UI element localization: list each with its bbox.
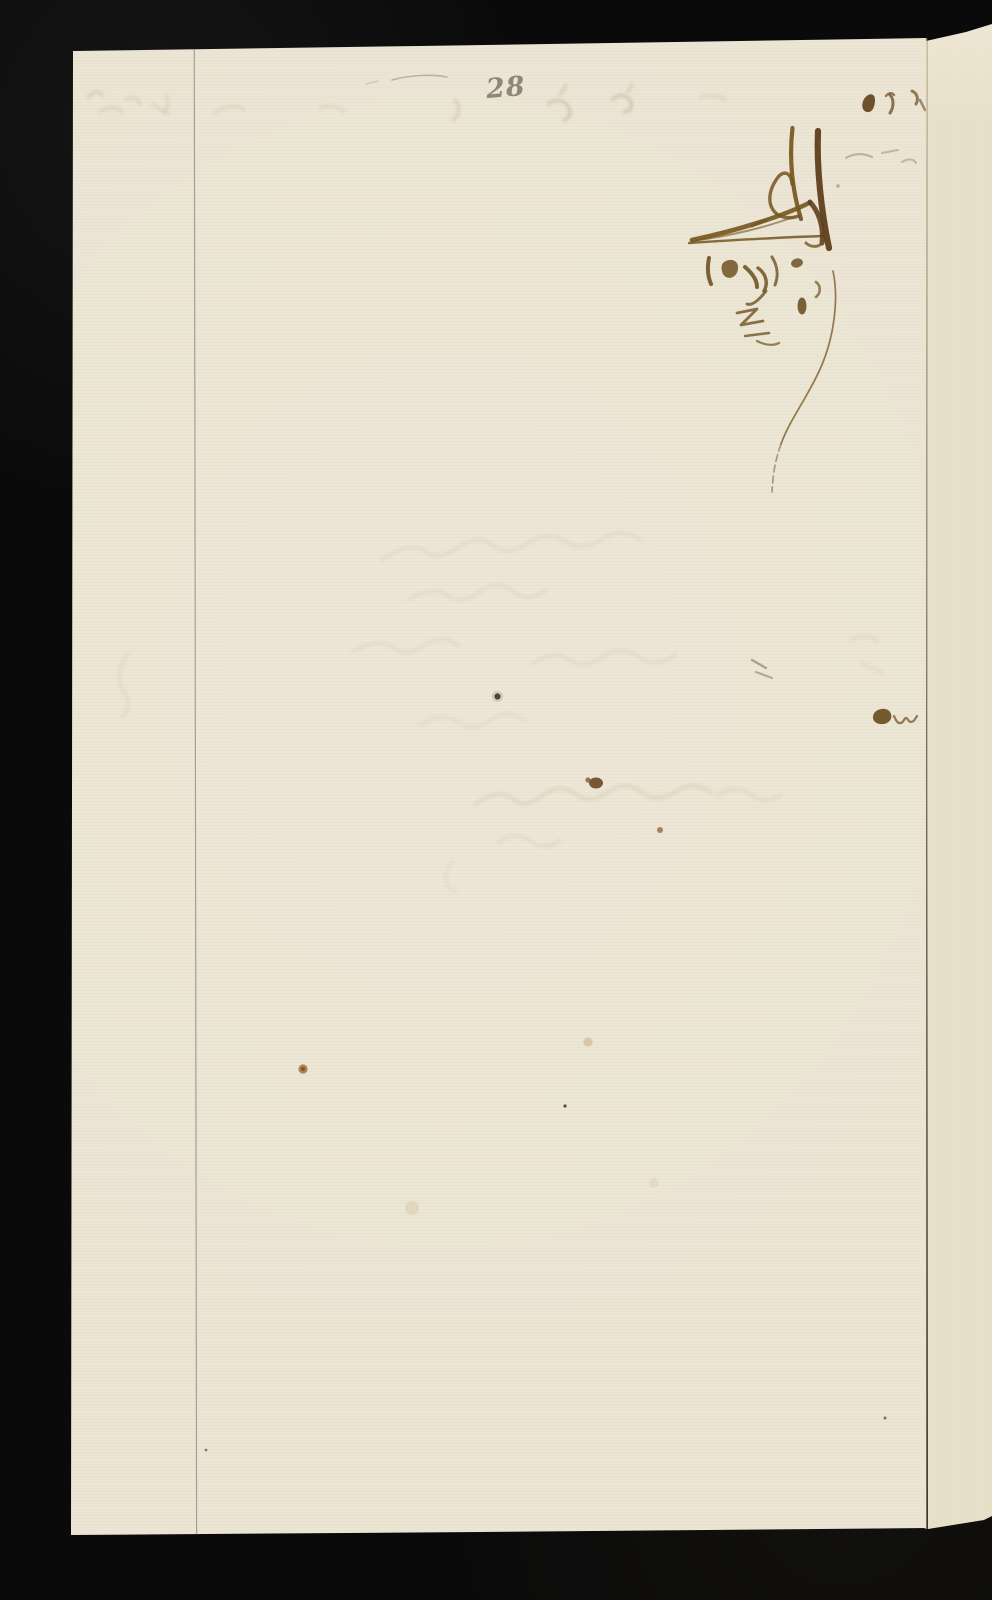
speck <box>563 1104 566 1107</box>
speck <box>836 184 840 188</box>
ink-blot <box>589 778 603 789</box>
manuscript-page: 28 <box>0 0 992 1600</box>
pencil-streak <box>392 75 447 80</box>
scan-backdrop: 28 <box>0 0 992 1600</box>
speck <box>884 1417 887 1420</box>
pen-trial-scribbles <box>708 257 820 345</box>
speck <box>205 1449 208 1452</box>
ink-blot-tail <box>585 777 590 782</box>
stain <box>649 1178 659 1188</box>
pencil-streak-tail <box>366 81 378 84</box>
ink-bleedthrough <box>88 84 882 892</box>
foxing-spot <box>583 1037 592 1046</box>
foxing-spots <box>205 184 887 1451</box>
foxing-spot-core <box>301 1067 305 1071</box>
foxing-spot <box>657 827 663 833</box>
margin-rule <box>194 50 196 1535</box>
ink-flourish-doodle <box>689 128 829 248</box>
ink-spot <box>494 693 500 699</box>
small-ink-mark <box>873 709 917 724</box>
stain <box>405 1201 419 1215</box>
folio-number: 28 <box>484 71 527 105</box>
page-marks-layer: 28 <box>0 0 992 1600</box>
